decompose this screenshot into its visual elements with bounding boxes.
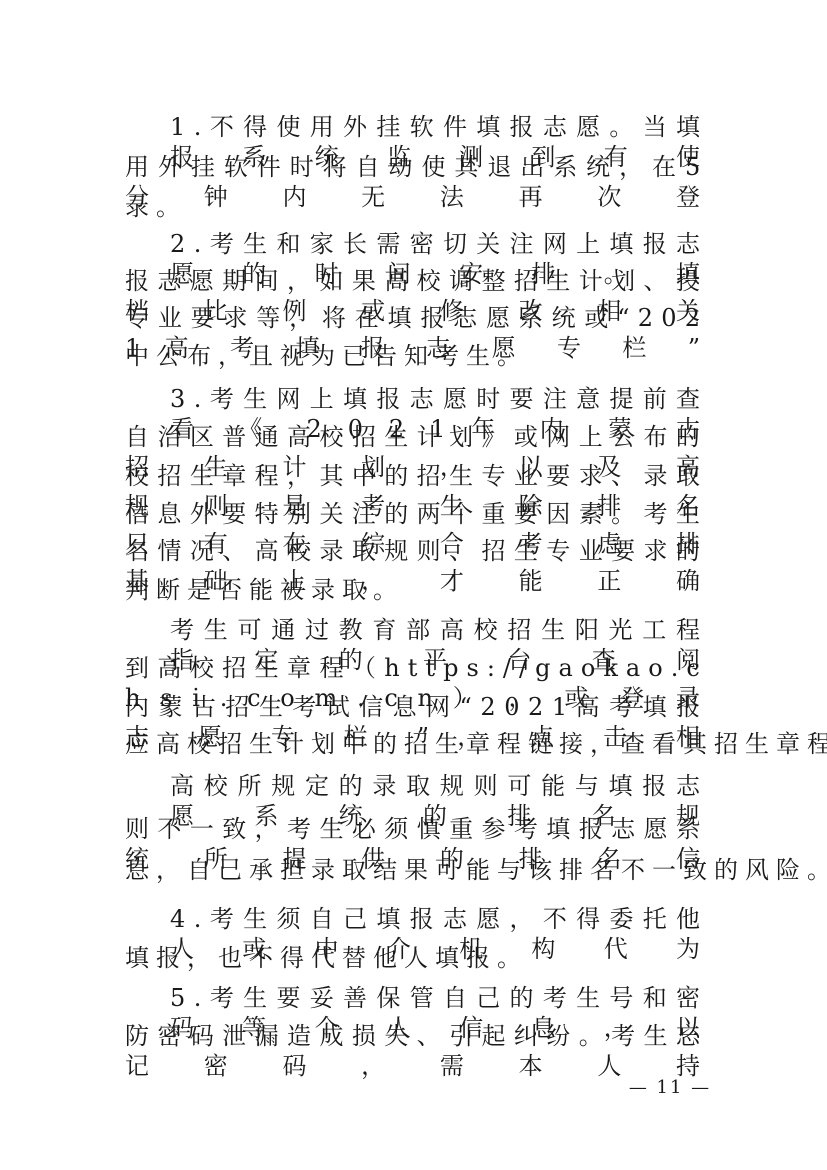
paragraph-2-line-2: 报 志 愿 期 间 ， 如 果 高 校 调 整 招 生 计 划 、 投 档 比 … (125, 266, 700, 296)
paragraph-2-line-3: 专 业 要 求 等 ， 将 在 填 报 志 愿 系 统 或 “ 2 0 2 1 … (125, 303, 700, 333)
paragraph-6-line-2: 填报，也不得代替他人填报。 (125, 943, 700, 973)
paragraph-1-line-2: 用 外 挂 软 件 时 将 自 动 使 其 退 出 系 统 ， 在 5 分 钟 … (125, 152, 700, 182)
paragraph-3-line-3: 校 招 生 章 程 ， 其 中 的 招 生 专 业 要 求 、 录 取 规 则 … (125, 461, 700, 491)
paragraph-3-line-1: 3 . 考 生 网 上 填 报 志 愿 时 要 注 意 提 前 查 看 《 2 … (170, 384, 700, 414)
paragraph-7-line-2: 防 密 码 泄 漏 造 成 损 失 、 引 起 纠 纷 。 考 生 忘 记 密 … (125, 1021, 700, 1051)
paragraph-5-line-1: 高 校 所 规 定 的 录 取 规 则 可 能 与 填 报 志 愿 系 统 的 … (170, 771, 700, 801)
paragraph-3-line-4: 信 息 外 要 特 别 关 注 的 两 个 重 要 因 素 。 考 生 只 有 … (125, 499, 700, 529)
paragraph-5-line-2: 则 不 一 致 ， 考 生 必 须 慎 重 参 考 填 报 志 愿 系 统 所 … (125, 814, 700, 844)
paragraph-2-line-4: 中公布，且视为已告知考生。 (125, 341, 700, 371)
paragraph-3-line-5: 名 情 况 、 高 校 录 取 规 则 、 招 生 专 业 要 求 的 基 础 … (125, 536, 700, 566)
paragraph-4-line-2: 到 高 校 招 生 章 程 （ h t t p s : / / g a o k … (125, 653, 700, 683)
paragraph-2-line-1: 2 . 考 生 和 家 长 需 密 切 关 注 网 上 填 报 志 愿 的 时 … (170, 229, 700, 259)
paragraph-4-line-4: 应高校招生计划中的招生章程链接，查看其招生章程。 (125, 729, 700, 759)
document-page: 1 . 不 得 使 用 外 挂 软 件 填 报 志 愿 。 当 填 报 系 统 … (0, 0, 827, 1170)
paragraph-3-line-6: 判断是否能被录取。 (125, 575, 700, 605)
paragraph-6-line-1: 4 . 考 生 须 自 己 填 报 志 愿 ， 不 得 委 托 他 人 或 中 … (170, 904, 700, 934)
paragraph-1-line-3: 录。 (125, 192, 700, 222)
paragraph-4-line-1: 考 生 可 通 过 教 育 部 高 校 招 生 阳 光 工 程 指 定 的 平 … (170, 615, 700, 645)
paragraph-1-line-1: 1 . 不 得 使 用 外 挂 软 件 填 报 志 愿 。 当 填 报 系 统 … (170, 112, 700, 142)
paragraph-4-line-3: 内 蒙 古 招 生 考 试 信 息 网 “ 2 0 2 1 高 考 填 报 志 … (125, 692, 700, 722)
paragraph-5-line-3: 息，自己承担录取结果可能与该排名不一致的风险。 (125, 855, 700, 885)
page-number: — 11 — (620, 1075, 720, 1101)
paragraph-7-line-1: 5 . 考 生 要 妥 善 保 管 自 己 的 考 生 号 和 密 码 等 个 … (170, 983, 700, 1013)
paragraph-3-line-2: 自 治 区 普 通 高 校 招 生 计 划 》 或 网 上 公 布 的 招 生 … (125, 422, 700, 452)
